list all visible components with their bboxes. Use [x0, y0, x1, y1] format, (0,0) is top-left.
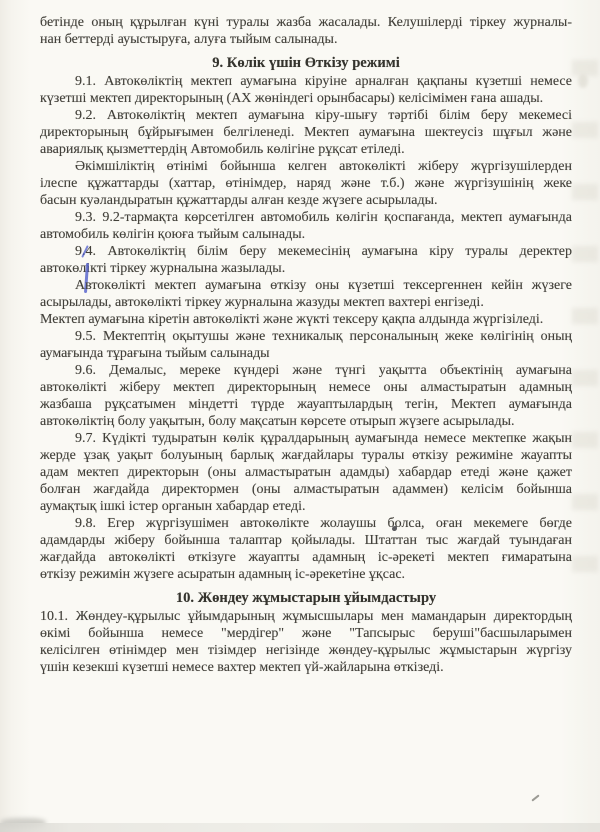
text-line: жағдайда автокөлікті өткізуге жауапты ад…	[40, 549, 572, 566]
text-line: 9.6. Демалыс, мереке күндері және түнгі …	[40, 362, 572, 379]
text-line: 9.4. Автокөліктің білім беру мекемесінің…	[40, 243, 572, 260]
text-line: директорының бұйрығымен белгіленеді. Мек…	[40, 124, 572, 141]
top-right-smudge	[578, 74, 588, 88]
bottom-edge-shadow	[0, 823, 600, 832]
text-line: өкімі бойынша немесе "мердігер" және "Та…	[40, 625, 572, 642]
scanned-document-page: бетінде оның құрылған күні туралы жазба …	[0, 0, 600, 832]
pen-slash-mark	[81, 245, 88, 258]
text-line: автокөлікті жіберу мектеп директорының н…	[40, 379, 572, 396]
text-line: аумақтық ішкі істер органын хабардар ете…	[40, 498, 572, 515]
text-line: асырылады, автокөлікті тіркеу журналына …	[40, 294, 572, 311]
text-line: 10.1. Жөндеу-құрылыс ұйымдарының жұмысшы…	[40, 608, 572, 625]
text-line: 9.3. 9.2-тармақта көрсетілген автомобиль…	[40, 209, 572, 226]
pen-tick-mark	[531, 794, 539, 801]
text-line: автокөлікті тіркеу журналына жазылады.	[40, 260, 572, 277]
text-line: 9.1. Автокөліктің мектеп аумағына кіруін…	[40, 73, 572, 90]
text-line: автомобиль көлігін қоюға тыйым салынады.	[40, 226, 572, 243]
text-line: 9.7. Күдікті тудыратын көлік құралдарыны…	[40, 430, 572, 447]
text-line: күзетші мектеп директорының (АХ жөніндег…	[40, 90, 572, 107]
text-line: адамдарды жіберу бойынша талаптар қойыла…	[40, 532, 572, 549]
text-line: келісілген өтінімдер мен тізімдер негізі…	[40, 642, 572, 659]
text-line: Әкімшіліктің өтінімі бойынша келген авто…	[40, 158, 572, 175]
text-line: нан беттерді ауыстыруға, алуға тыйым сал…	[40, 31, 572, 48]
text-line: Мектеп аумағына кіретін автокөлікті және…	[40, 311, 572, 328]
text-line: авариялық қызметтердің Автомобиль көлігі…	[40, 141, 572, 158]
text-line: 9.2. Автокөліктің мектеп аумағына кіру-ш…	[40, 107, 572, 124]
text-line: өткізу режимін жүзеге асыратын адамның і…	[40, 566, 572, 583]
text-line: басын куәландыратын құжаттарды алған кез…	[40, 192, 572, 209]
text-line: үшін кезекші күзетші немесе вахтер мекте…	[40, 659, 572, 676]
ink-blob-mark	[392, 526, 397, 531]
text-line: жерде ұзақ уақыт болуының барлық жағдайл…	[40, 447, 572, 464]
text-line: ілеспе құжаттарды (хаттар, өтінімдер, на…	[40, 175, 572, 192]
section-heading: 9. Көлік үшін Өткізу режимі	[40, 54, 572, 72]
text-line: автокөліктің болу уақытын, болу мақсатын…	[40, 413, 572, 430]
right-margin-smudge	[572, 60, 598, 580]
text-line: Автокөлікті мектеп аумағына өткізу оны к…	[40, 277, 572, 294]
ink-dash-mark	[176, 387, 183, 389]
text-line: 9.8. Егер жүргізушімен автокөлікте жолау…	[40, 515, 572, 532]
document-text: бетінде оның құрылған күні туралы жазба …	[40, 14, 572, 676]
text-line: бетінде оның құрылған күні туралы жазба …	[40, 14, 572, 31]
text-line: жазбаша рұқсатымен міндетті түрде жауапт…	[40, 396, 572, 413]
text-line: болған жағдайда директормен (оны алмасты…	[40, 481, 572, 498]
text-line: 9.5. Мектептің оқытушы және техникалық п…	[40, 328, 572, 345]
section-heading: 10. Жөндеу жұмыстарын ұйымдастыру	[40, 589, 572, 607]
text-line: адам мектеп директорын (оны алмастыратын…	[40, 464, 572, 481]
text-line: аумағында тұрағына тыйым салынады	[40, 345, 572, 362]
